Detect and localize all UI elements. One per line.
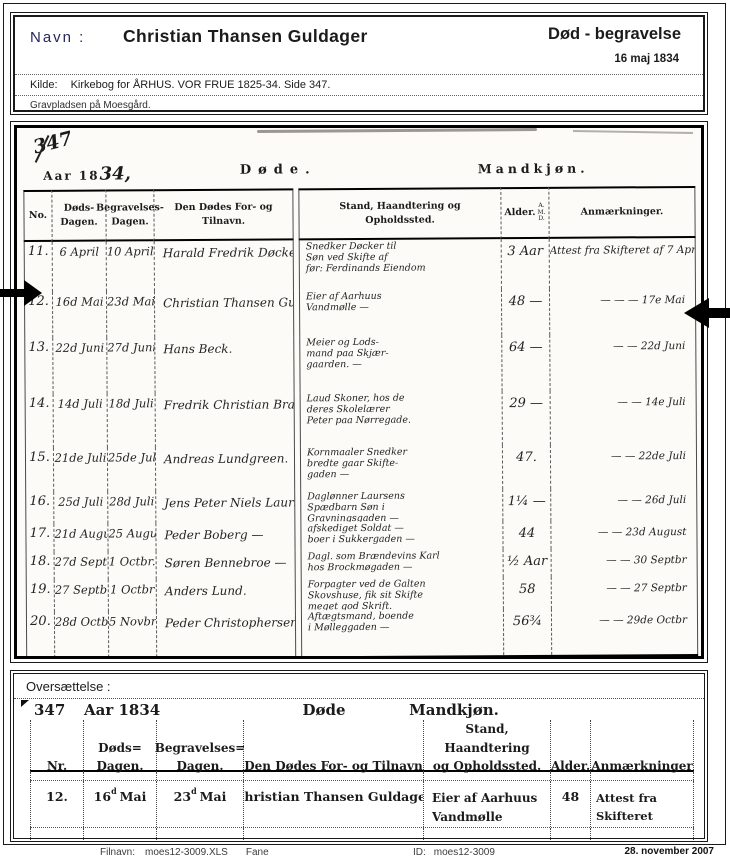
td-stand: Eier af Aarhuus Vandmølle	[423, 781, 550, 827]
register-row-no: 15.	[25, 448, 53, 492]
register-death-date: 25d Juli	[53, 492, 107, 524]
register-name: Fredrik Christian Braatirud.	[155, 392, 295, 447]
translation-year: Aar 1834	[84, 701, 160, 719]
header-card-inner: Navn : Christian Thansen Guldager Død - …	[13, 15, 705, 112]
td-name: Christian Thansen Guldager	[243, 781, 423, 827]
th-age: Alder.	[550, 720, 590, 780]
burial-day-suffix: d	[191, 787, 197, 795]
col-no: No.	[23, 190, 51, 242]
register-age: 1¼ —	[502, 489, 550, 521]
col-name: Den Dødes For- og Tilnavn.	[153, 188, 293, 241]
register-row: 18. 27d Septbr 1 Octbr. Søren Bennebroe …	[26, 548, 698, 580]
footer-filename: Filnavn:moes12-3009.XLSFane	[100, 847, 269, 858]
filename-label: Filnavn:	[100, 847, 135, 858]
burial-month: Mai	[200, 789, 227, 804]
register-name: Anders Lund.	[156, 578, 296, 611]
th-death: Døds= Dagen.	[83, 720, 156, 780]
register-remarks: Attest fra Skifteret af 7 April	[549, 238, 696, 289]
register-burial-date: 18d Juli	[107, 393, 155, 447]
th-stand: Stand, Haandtering og Opholdssted.	[423, 720, 550, 780]
register: 347 Aar 1834, Døde. Mandkjøn. No. Døds- …	[23, 130, 698, 659]
year-printed: Aar 18	[43, 169, 99, 183]
translation-section-mandkjon: Mandkjøn.	[386, 701, 522, 719]
name-label: Navn :	[30, 29, 85, 46]
col-stand: Stand, Haandtering og Opholdssted.	[298, 187, 500, 240]
register-burial-date: 27d Juni	[106, 337, 154, 393]
death-month: Mai	[120, 789, 147, 804]
register-stand: Snedker Døcker til Søn ved Skifte af før…	[299, 239, 501, 290]
register-row-no: 14.	[25, 394, 53, 448]
register-age: 29 —	[502, 391, 550, 445]
register-burial-date: 28d Juli	[107, 491, 155, 523]
register-year: Aar 1834,	[43, 163, 131, 185]
register-death-date: 27d Septbr	[54, 552, 108, 580]
register-age: ½ Aar	[503, 549, 551, 577]
register-top-band: 347 Aar 1834, Døde. Mandkjøn.	[23, 130, 695, 190]
left-pointer-arrow-icon	[0, 280, 42, 306]
spacer-row	[30, 772, 694, 781]
filename-value: moes12-3009.XLS	[145, 847, 228, 858]
register-death-date: 21de Juli	[53, 448, 107, 492]
register-remarks: — — 23d August	[550, 520, 697, 549]
register-death-date: 21d August	[53, 524, 107, 552]
death-day-suffix: d	[111, 787, 117, 795]
register-name: Harald Fredrik Døcker kj.	[154, 240, 294, 291]
register-stand: Kornmaaler Snedker bredte gaar Skifte- g…	[300, 445, 502, 490]
register-burial-date: 23d Mai	[106, 291, 154, 337]
register-age: 48 —	[501, 289, 549, 335]
register-burial-date: 1 Octbr	[108, 579, 156, 611]
register-stand: Aftægtsmand, boende i Mølleggaden —	[301, 609, 503, 656]
register-row-no: 18.	[26, 552, 54, 580]
burial-day: 23	[174, 789, 191, 804]
col-burial-day: Begravelses- Dagen.	[105, 189, 153, 241]
register-age: 44	[502, 521, 550, 549]
register-row-no: 17.	[25, 524, 53, 552]
th-burial: Begravelses= Dagen.	[156, 720, 243, 780]
td-burial-date: 23dMai	[156, 781, 243, 827]
register-remarks: — — 27 Septbr	[551, 576, 698, 609]
register-death-date: 6 April	[52, 242, 106, 292]
th-nr: Nr.	[30, 720, 83, 780]
source-line: Kilde: Kirkebog for ÅRHUS. VOR FRUE 1825…	[15, 74, 703, 96]
footer-date: 28. november 2007	[625, 846, 715, 857]
register-burial-date: 25 August	[107, 523, 155, 551]
translation-table: Nr. Døds= Dagen. Begravelses= Dagen. Den…	[30, 720, 694, 840]
comment-marker-icon	[21, 700, 29, 707]
id-value: moes12-3009	[434, 847, 495, 858]
register-death-date: 28d Octbr.	[54, 612, 108, 658]
register-age: 64 —	[501, 335, 549, 391]
register-stand: Daglønner Laursens Spædbarn Søn i Gravni…	[300, 489, 502, 522]
register-remarks: — — — 17e Mai	[549, 288, 696, 335]
td-nr: 12.	[30, 781, 83, 827]
register-remarks: — — 22d Juni	[549, 334, 696, 391]
source-label: Kilde:	[30, 79, 58, 91]
register-name: Hans Beck.	[154, 336, 294, 393]
register-name: Andreas Lundgreen.	[155, 446, 295, 491]
register-row: 13. 22d Juni 27d Juni Hans Beck. Meier o…	[24, 334, 696, 394]
register-row: 16. 25d Juli 28d Juli Jens Peter Niels L…	[25, 488, 697, 524]
register-death-date: 16d Mai	[52, 292, 106, 338]
col-age-units: A. M. D.	[537, 203, 545, 223]
register-stand: Laud Skoner, hos de deres Skolelærer Pet…	[300, 391, 502, 446]
section-dode: Døde.	[198, 162, 358, 178]
register-remarks: — — 22de Juli	[550, 444, 697, 489]
translation-panel-inner: Oversættelse : 347 Aar 1834 Døde Mandkjø…	[13, 673, 705, 839]
register-row: 19. 27 Septbr. 1 Octbr Anders Lund. Forp…	[26, 576, 698, 612]
col-age-label: Alder.	[504, 206, 535, 220]
death-day: 16	[94, 789, 111, 804]
register-row: 17. 21d August 25 August Peder Boberg — …	[25, 520, 697, 552]
register-name: Søren Bennebroe —	[156, 550, 296, 579]
register-death-date: 27 Septbr.	[54, 580, 108, 612]
register-name: Jens Peter Niels Laursen —	[155, 490, 295, 523]
spacer-row	[30, 828, 694, 840]
th-remarks: Anmærkninger	[590, 720, 694, 780]
translation-data-row: 12. 16dMai 23dMai Christian Thansen Guld…	[30, 781, 694, 828]
footer-id: ID:moes12-3009	[413, 847, 495, 858]
translation-section-dode: Døde	[254, 701, 394, 719]
year-handwritten: 34,	[99, 163, 130, 184]
register-row: 12. 16d Mai 23d Mai Christian Thansen Gu…	[24, 288, 696, 338]
header-main-row: Navn : Christian Thansen Guldager Død - …	[15, 17, 703, 74]
event-date: 16 maj 1834	[614, 53, 679, 65]
register-death-date: 22d Juni	[52, 338, 106, 394]
scanned-register-image: 347 Aar 1834, Døde. Mandkjøn. No. Døds- …	[14, 125, 704, 659]
register-age: 58	[503, 577, 551, 609]
person-name: Christian Thansen Guldager	[123, 26, 368, 47]
translation-header-row: Nr. Døds= Dagen. Begravelses= Dagen. Den…	[30, 720, 694, 772]
register-header-row: No. Døds- Dagen. Begravelses- Dagen. Den…	[23, 186, 695, 242]
col-age: Alder.A. M. D.	[500, 187, 548, 239]
register-stand: Forpagter ved de Galten Skovshuse, fik s…	[301, 577, 503, 610]
register-row-no: 20.	[26, 612, 54, 658]
source-value: Kirkebog for ÅRHUS. VOR FRUE 1825-34. Si…	[71, 79, 331, 91]
event-title: Død - begravelse	[548, 25, 681, 44]
register-remarks: — — 29de Octbr	[551, 608, 698, 655]
register-stand: afskediget Soldat — boer i Sukkergaden —	[300, 521, 502, 550]
register-row: 14. 14d Juli 18d Juli Fredrik Christian …	[25, 390, 697, 448]
td-remarks: Attest fra Skifteret af 17 Mai	[590, 781, 694, 827]
register-remarks: — — 14e Juli	[550, 390, 697, 445]
register-row-no: 16.	[25, 492, 53, 524]
register-death-date: 14d Juli	[53, 394, 107, 448]
th-name: Den Dødes For- og Tilnavn	[243, 720, 423, 780]
register-row: 20. 28d Octbr. 5 Novbr. Peder Christophe…	[26, 608, 698, 658]
grave-note: Gravpladsen på Moesgård.	[15, 96, 703, 115]
register-stand: Dagl. som Brændevins Karl hos Brockmøgad…	[301, 549, 503, 578]
id-label: ID:	[413, 847, 426, 858]
register-age: 56¾	[503, 609, 551, 655]
register-burial-date: 10 April	[106, 241, 154, 291]
register-name: Peder Boberg —	[155, 522, 295, 551]
register-burial-date: 5 Novbr.	[108, 611, 156, 657]
register-stand: Eier af Aarhuus Vandmølle —	[299, 289, 501, 336]
register-remarks: — — 26d Juli	[550, 488, 697, 521]
register-age: 47.	[502, 445, 550, 489]
register-row: 15. 21de Juli 25de Juli Andreas Lundgree…	[25, 444, 697, 492]
section-mandkjon: Mandkjøn.	[438, 160, 628, 176]
register-remarks: — — 30 Septbr	[551, 548, 698, 577]
register-row-no: 19.	[26, 580, 54, 612]
td-death-date: 16dMai	[83, 781, 156, 827]
translation-year-row: 347 Aar 1834 Døde Mandkjøn.	[14, 700, 704, 722]
right-pointer-arrow-icon	[684, 298, 730, 328]
header-card: Navn : Christian Thansen Guldager Død - …	[10, 12, 708, 115]
register-row: 11. 6 April 10 April Harald Fredrik Døck…	[24, 238, 696, 292]
translation-panel: Oversættelse : 347 Aar 1834 Døde Mandkjø…	[10, 670, 708, 842]
translation-title: Oversættelse :	[14, 674, 704, 699]
register-age: 3 Aar	[501, 239, 549, 289]
register-rows: 11. 6 April 10 April Harald Fredrik Døck…	[24, 238, 699, 659]
register-burial-date: 1 Octbr.	[108, 551, 156, 579]
register-burial-date: 25de Juli	[107, 447, 155, 491]
col-remarks: Anmærkninger.	[548, 186, 695, 239]
register-stand: Meier og Lods- mand paa Skjær- gaarden. …	[299, 335, 501, 392]
translation-page-number: 347	[34, 701, 65, 719]
register-name: Christian Thansen Guldager	[154, 290, 294, 337]
td-age: 48	[550, 781, 590, 827]
register-row-no: 13.	[24, 338, 52, 394]
tab-label: Fane	[246, 847, 269, 858]
scan-panel: 347 Aar 1834, Døde. Mandkjøn. No. Døds- …	[10, 121, 708, 663]
footer: Filnavn:moes12-3009.XLSFane ID:moes12-30…	[0, 847, 730, 861]
register-name: Peder Christophersen Søballe	[156, 610, 296, 657]
